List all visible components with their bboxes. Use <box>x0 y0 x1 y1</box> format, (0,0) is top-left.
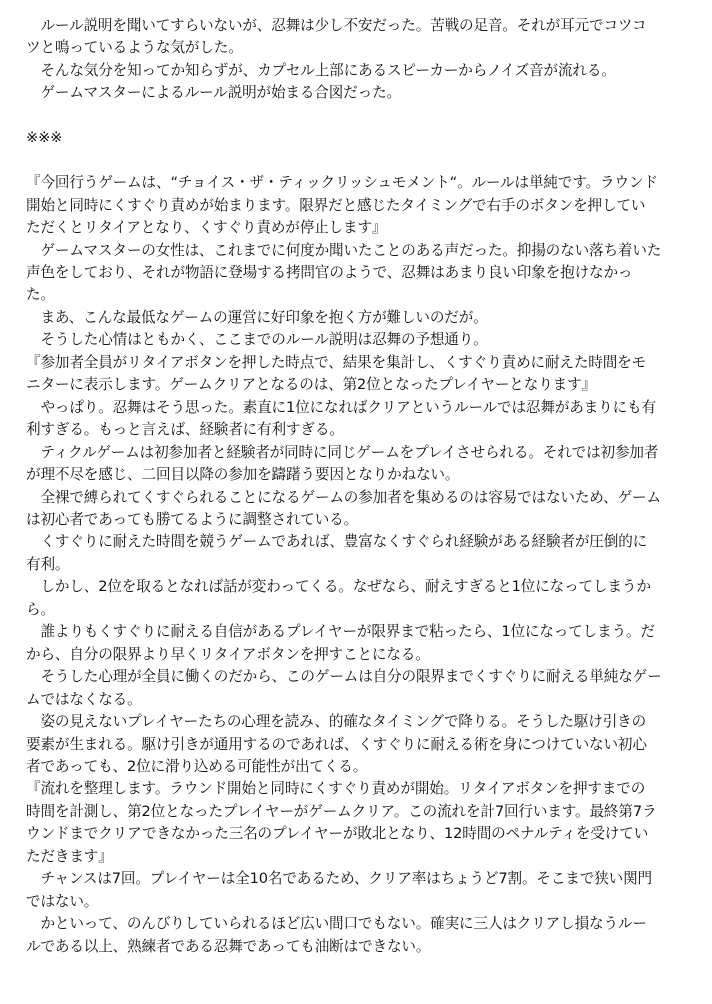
blank-line <box>26 105 706 127</box>
text-line: ティクルゲームは初参加者と経験者が同時に同じゲームをプレイさせられる。それでは初… <box>26 442 706 464</box>
document-body: ルール説明を聞いてすらいないが、忍舞は少し不安だった。苦戦の足音。それが耳元でコ… <box>26 15 706 958</box>
text-line: ゲームマスターの女性は、これまでに何度か聞いたことのある声だった。抑揚のない落ち… <box>26 240 706 262</box>
text-line: 声色をしており、それが物語に登場する拷問官のようで、忍舞はあまり良い印象を抱けな… <box>26 262 706 284</box>
text-line: 時間を計測し、第2位となったプレイヤーがゲームクリア。この流れを計7回行います。… <box>26 801 706 823</box>
text-line: ではない。 <box>26 891 706 913</box>
text-line: ゲームマスターによるルール説明が始まる合図だった。 <box>26 82 706 104</box>
text-line: やっぱり。忍舞はそう思った。素直に1位になればクリアというルールでは忍舞があまり… <box>26 397 706 419</box>
text-line: 開始と同時にくすぐり責めが始まります。限界だと感じたタイミングで右手のボタンを押… <box>26 195 706 217</box>
text-line: くすぐりに耐えた時間を競うゲームであれば、豊富なくすぐられ経験がある経験者が圧倒… <box>26 531 706 553</box>
text-line: 姿の見えないプレイヤーたちの心理を読み、的確なタイミングで降りる。そうした駆け引… <box>26 711 706 733</box>
text-line: 誰よりもくすぐりに耐える自信があるプレイヤーが限界まで粘ったら、1位になってしま… <box>26 621 706 643</box>
text-line: 『今回行うゲームは、“チョイス・ザ・ティックリッシュモメント“。ルールは単純です… <box>26 172 706 194</box>
text-line: ルール説明を聞いてすらいないが、忍舞は少し不安だった。苦戦の足音。それが耳元でコ… <box>26 15 706 37</box>
text-line: チャンスは7回。プレイヤーは全10名であるため、クリア率はちょうど7割。そこまで… <box>26 868 706 890</box>
blank-line <box>26 150 706 172</box>
text-line: まあ、こんな最低なゲームの運営に好印象を抱く方が難しいのだが。 <box>26 307 706 329</box>
text-line: ウンドまでクリアできなかった三名のプレイヤーが敗北となり、12時間のペナルティを… <box>26 823 706 845</box>
text-line: そんな気分を知ってか知らずが、カプセル上部にあるスピーカーからノイズ音が流れる。 <box>26 60 706 82</box>
text-line: 利すぎる。もっと言えば、経験者に有利すぎる。 <box>26 419 706 441</box>
text-line: ムではなくなる。 <box>26 689 706 711</box>
text-line: 『参加者全員がリタイアボタンを押した時点で、結果を集計し、くすぐり責めに耐えた時… <box>26 352 706 374</box>
text-line: ニターに表示します。ゲームクリアとなるのは、第2位となったプレイヤーとなります』 <box>26 374 706 396</box>
text-line: 者であっても、2位に滑り込める可能性が出てくる。 <box>26 756 706 778</box>
section-break: ※※※ <box>26 127 706 149</box>
text-line: ツと鳴っているような気がした。 <box>26 37 706 59</box>
text-line: そうした心情はともかく、ここまでのルール説明は忍舞の予想通り。 <box>26 329 706 351</box>
text-line: ら。 <box>26 599 706 621</box>
text-line: 全裸で縛られてくすぐられることになるゲームの参加者を集めるのは容易ではないため、… <box>26 487 706 509</box>
text-line: 有利。 <box>26 554 706 576</box>
text-line: そうした心理が全員に働くのだから、このゲームは自分の限界までくすぐりに耐える単純… <box>26 666 706 688</box>
text-line: ただくとリタイアとなり、くすぐり責めが停止します』 <box>26 217 706 239</box>
text-line: 要素が生まれる。駆け引きが通用するのであれば、くすぐりに耐える術を身につけていな… <box>26 734 706 756</box>
text-line: から、自分の限界より早くリタイアボタンを押すことになる。 <box>26 644 706 666</box>
text-line: は初心者であっても勝てるように調整されている。 <box>26 509 706 531</box>
text-line: ただきます』 <box>26 846 706 868</box>
text-line: 『流れを整理します。ラウンド開始と同時にくすぐり責めが開始。リタイアボタンを押す… <box>26 778 706 800</box>
text-line: しかし、2位を取るとなれば話が変わってくる。なぜなら、耐えすぎると1位になってし… <box>26 576 706 598</box>
text-line: かといって、のんびりしていられるほど広い間口でもない。確実に三人はクリアし損なう… <box>26 913 706 935</box>
text-line: ルである以上、熟練者である忍舞であっても油断はできない。 <box>26 936 706 958</box>
text-line: が理不尽を感じ、二回目以降の参加を躊躇う要因となりかねない。 <box>26 464 706 486</box>
text-line: た。 <box>26 284 706 306</box>
